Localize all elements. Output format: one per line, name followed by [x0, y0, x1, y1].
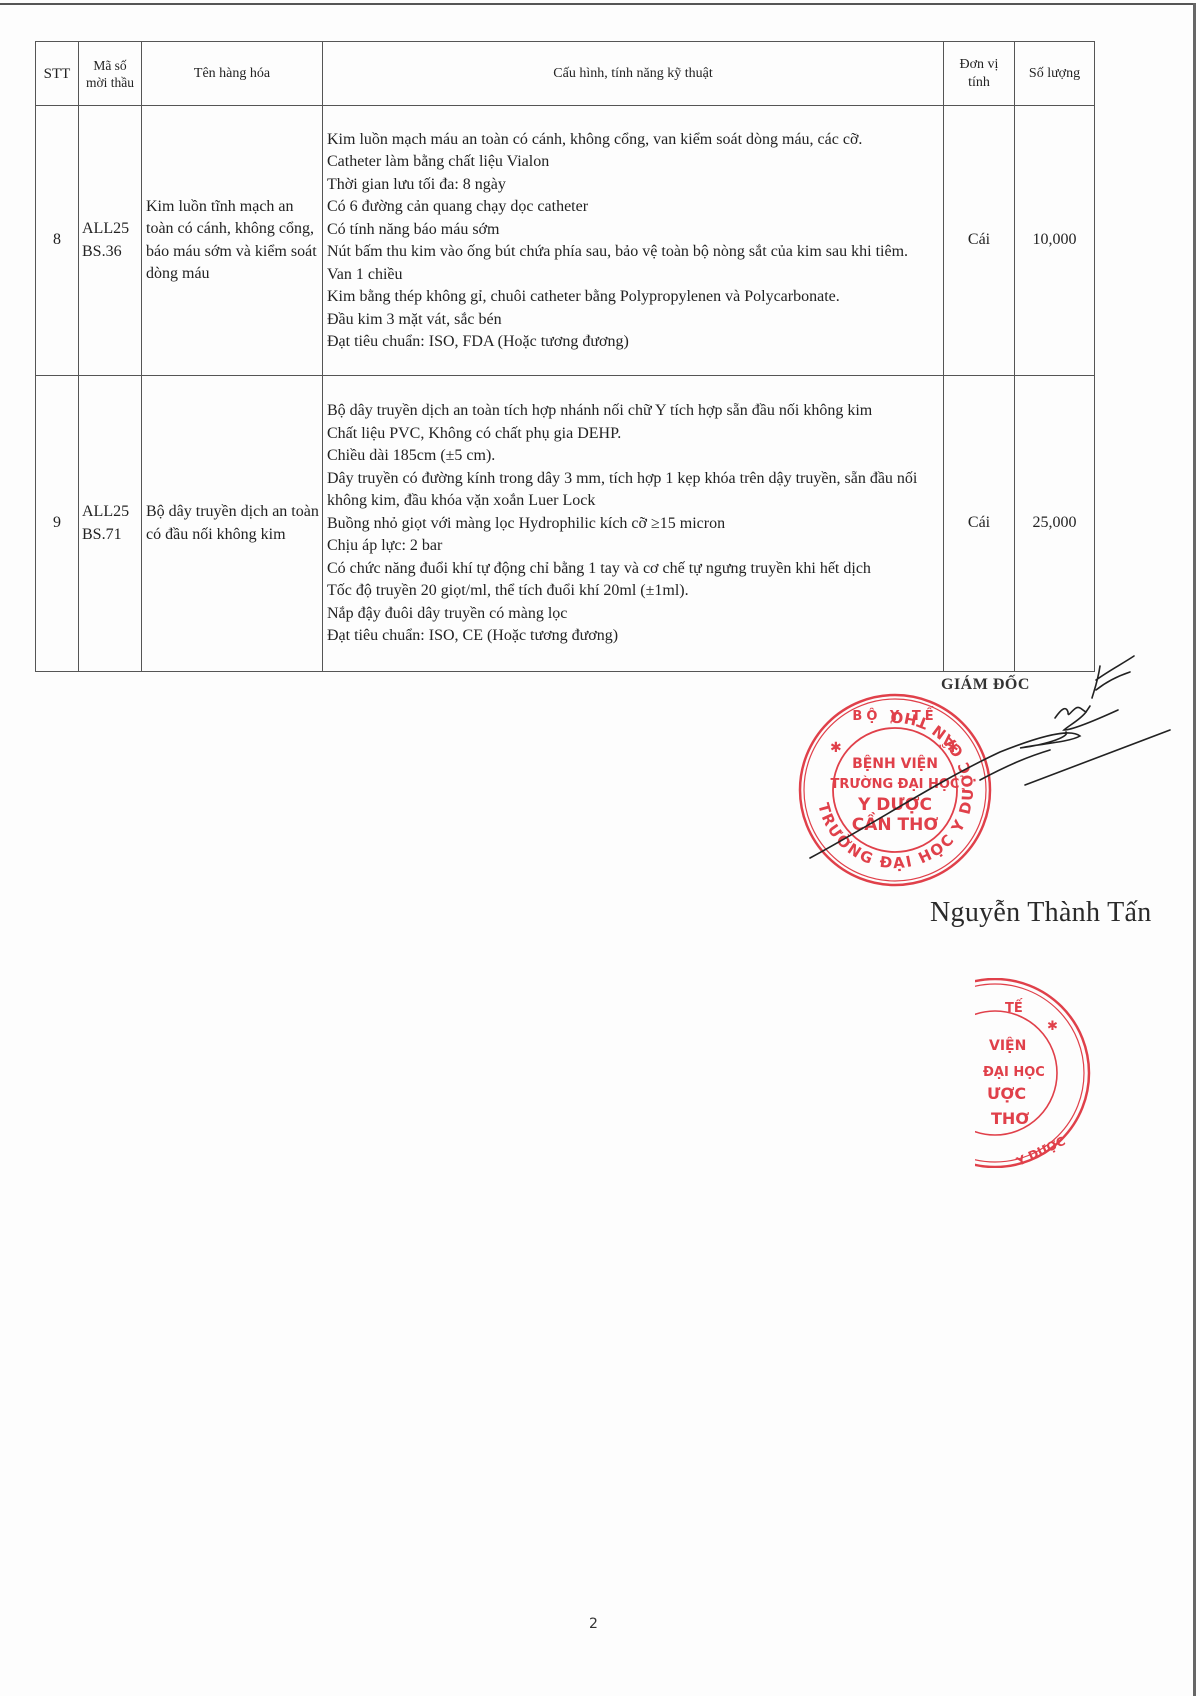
svg-text:CẦN THƠ: CẦN THƠ	[852, 811, 939, 835]
spec-line: Bộ dây truyền dịch an toàn tích hợp nhán…	[327, 400, 939, 423]
svg-text:Y DƯỢC: Y DƯỢC	[1013, 1134, 1067, 1168]
official-stamp-icon: TRƯỜNG ĐẠI HỌC Y DƯỢC CẦN THƠ BỘ Y TẾ ✱ …	[795, 690, 995, 890]
spec-line: Chất liệu PVC, Không có chất phụ gia DEH…	[327, 423, 939, 446]
signer-title: GIÁM ĐỐC	[941, 676, 1030, 694]
header-name: Tên hàng hóa	[142, 42, 323, 106]
header-qty: Số lượng	[1015, 42, 1095, 106]
partial-stamp-icon: TẾ ✱ VIỆN ĐẠI HỌC ƯỢC THƠ Y DƯỢC	[975, 978, 1105, 1168]
spec-line: Có 6 đường cản quang chạy dọc catheter	[327, 196, 939, 219]
spec-line: Nút bấm thu kim vào ống bút chứa phía sa…	[327, 241, 939, 264]
row-code: ALL25 BS.71	[79, 376, 142, 672]
spec-line: Tốc độ truyền 20 giọt/ml, thể tích đuổi …	[327, 580, 939, 603]
svg-text:ƯỢC: ƯỢC	[987, 1084, 1026, 1103]
svg-text:✱: ✱	[1047, 1019, 1058, 1034]
table-row: 9 ALL25 BS.71 Bộ dây truyền dịch an toàn…	[36, 376, 1095, 672]
row-stt: 9	[36, 376, 79, 672]
row-name: Kim luồn tĩnh mạch an toàn có cánh, khôn…	[142, 106, 323, 376]
svg-text:TRƯỜNG ĐẠI HỌC: TRƯỜNG ĐẠI HỌC	[831, 776, 960, 792]
header-stt: STT	[36, 42, 79, 106]
row-stt: 8	[36, 106, 79, 376]
header-code: Mã số mời thầu	[79, 42, 142, 106]
svg-text:ĐẠI HỌC: ĐẠI HỌC	[983, 1065, 1045, 1080]
spec-line: Nắp đậy đuôi dây truyền có màng lọc	[327, 603, 939, 626]
row-name: Bộ dây truyền dịch an toàn có đầu nối kh…	[142, 376, 323, 672]
table-header-row: STT Mã số mời thầu Tên hàng hóa Cấu hình…	[36, 42, 1095, 106]
signer-name: Nguyễn Thành Tấn	[930, 897, 1152, 929]
svg-text:✱: ✱	[830, 740, 842, 756]
svg-text:BỘ Y TẾ: BỘ Y TẾ	[852, 707, 937, 724]
svg-text:VIỆN: VIỆN	[989, 1036, 1026, 1054]
spec-line: Van 1 chiều	[327, 264, 939, 287]
handwritten-signature-icon	[800, 640, 1180, 880]
spec-line: Catheter làm bằng chất liệu Vialon	[327, 151, 939, 174]
spec-line: Kim bằng thép không gỉ, chuôi catheter b…	[327, 286, 939, 309]
row-spec: Kim luồn mạch máu an toàn có cánh, không…	[323, 106, 944, 376]
spec-line: Buồng nhỏ giọt với màng lọc Hydrophilic …	[327, 513, 939, 536]
row-qty: 10,000	[1015, 106, 1095, 376]
scan-edge-right	[1193, 3, 1196, 1696]
spec-line: Có chức năng đuổi khí tự động chỉ bằng 1…	[327, 558, 939, 581]
header-unit: Đơn vị tính	[944, 42, 1015, 106]
spec-line: Dây truyền có đường kính trong dây 3 mm,…	[327, 468, 939, 513]
row-code: ALL25 BS.36	[79, 106, 142, 376]
spec-line: Đạt tiêu chuẩn: ISO, CE (Hoặc tương đươn…	[327, 625, 939, 648]
spec-line: Đạt tiêu chuẩn: ISO, FDA (Hoặc tương đươ…	[327, 331, 939, 354]
row-qty: 25,000	[1015, 376, 1095, 672]
row-unit: Cái	[944, 106, 1015, 376]
specification-table: STT Mã số mời thầu Tên hàng hóa Cấu hình…	[35, 41, 1095, 672]
spec-line: Kim luồn mạch máu an toàn có cánh, không…	[327, 129, 939, 152]
svg-text:Y DƯỢC: Y DƯỢC	[857, 795, 932, 815]
page-number: 2	[589, 1616, 598, 1632]
spec-line: Có tính năng báo máu sớm	[327, 219, 939, 242]
svg-text:BỆNH VIỆN: BỆNH VIỆN	[852, 754, 938, 772]
spec-line: Thời gian lưu tối đa: 8 ngày	[327, 174, 939, 197]
table-row: 8 ALL25 BS.36 Kim luồn tĩnh mạch an toàn…	[36, 106, 1095, 376]
header-spec: Cấu hình, tính năng kỹ thuật	[323, 42, 944, 106]
spec-line: Chịu áp lực: 2 bar	[327, 535, 939, 558]
spec-line: Chiều dài 185cm (±5 cm).	[327, 445, 939, 468]
spec-line: Đầu kim 3 mặt vát, sắc bén	[327, 309, 939, 332]
scan-edge-top	[0, 3, 1196, 5]
row-spec: Bộ dây truyền dịch an toàn tích hợp nhán…	[323, 376, 944, 672]
row-unit: Cái	[944, 376, 1015, 672]
svg-text:THƠ: THƠ	[991, 1109, 1029, 1128]
svg-text:TẾ: TẾ	[1005, 999, 1023, 1016]
svg-text:✱: ✱	[947, 740, 959, 756]
svg-text:TRƯỜNG ĐẠI HỌC Y DƯỢC CẦN THƠ: TRƯỜNG ĐẠI HỌC Y DƯỢC CẦN THƠ	[814, 708, 977, 872]
